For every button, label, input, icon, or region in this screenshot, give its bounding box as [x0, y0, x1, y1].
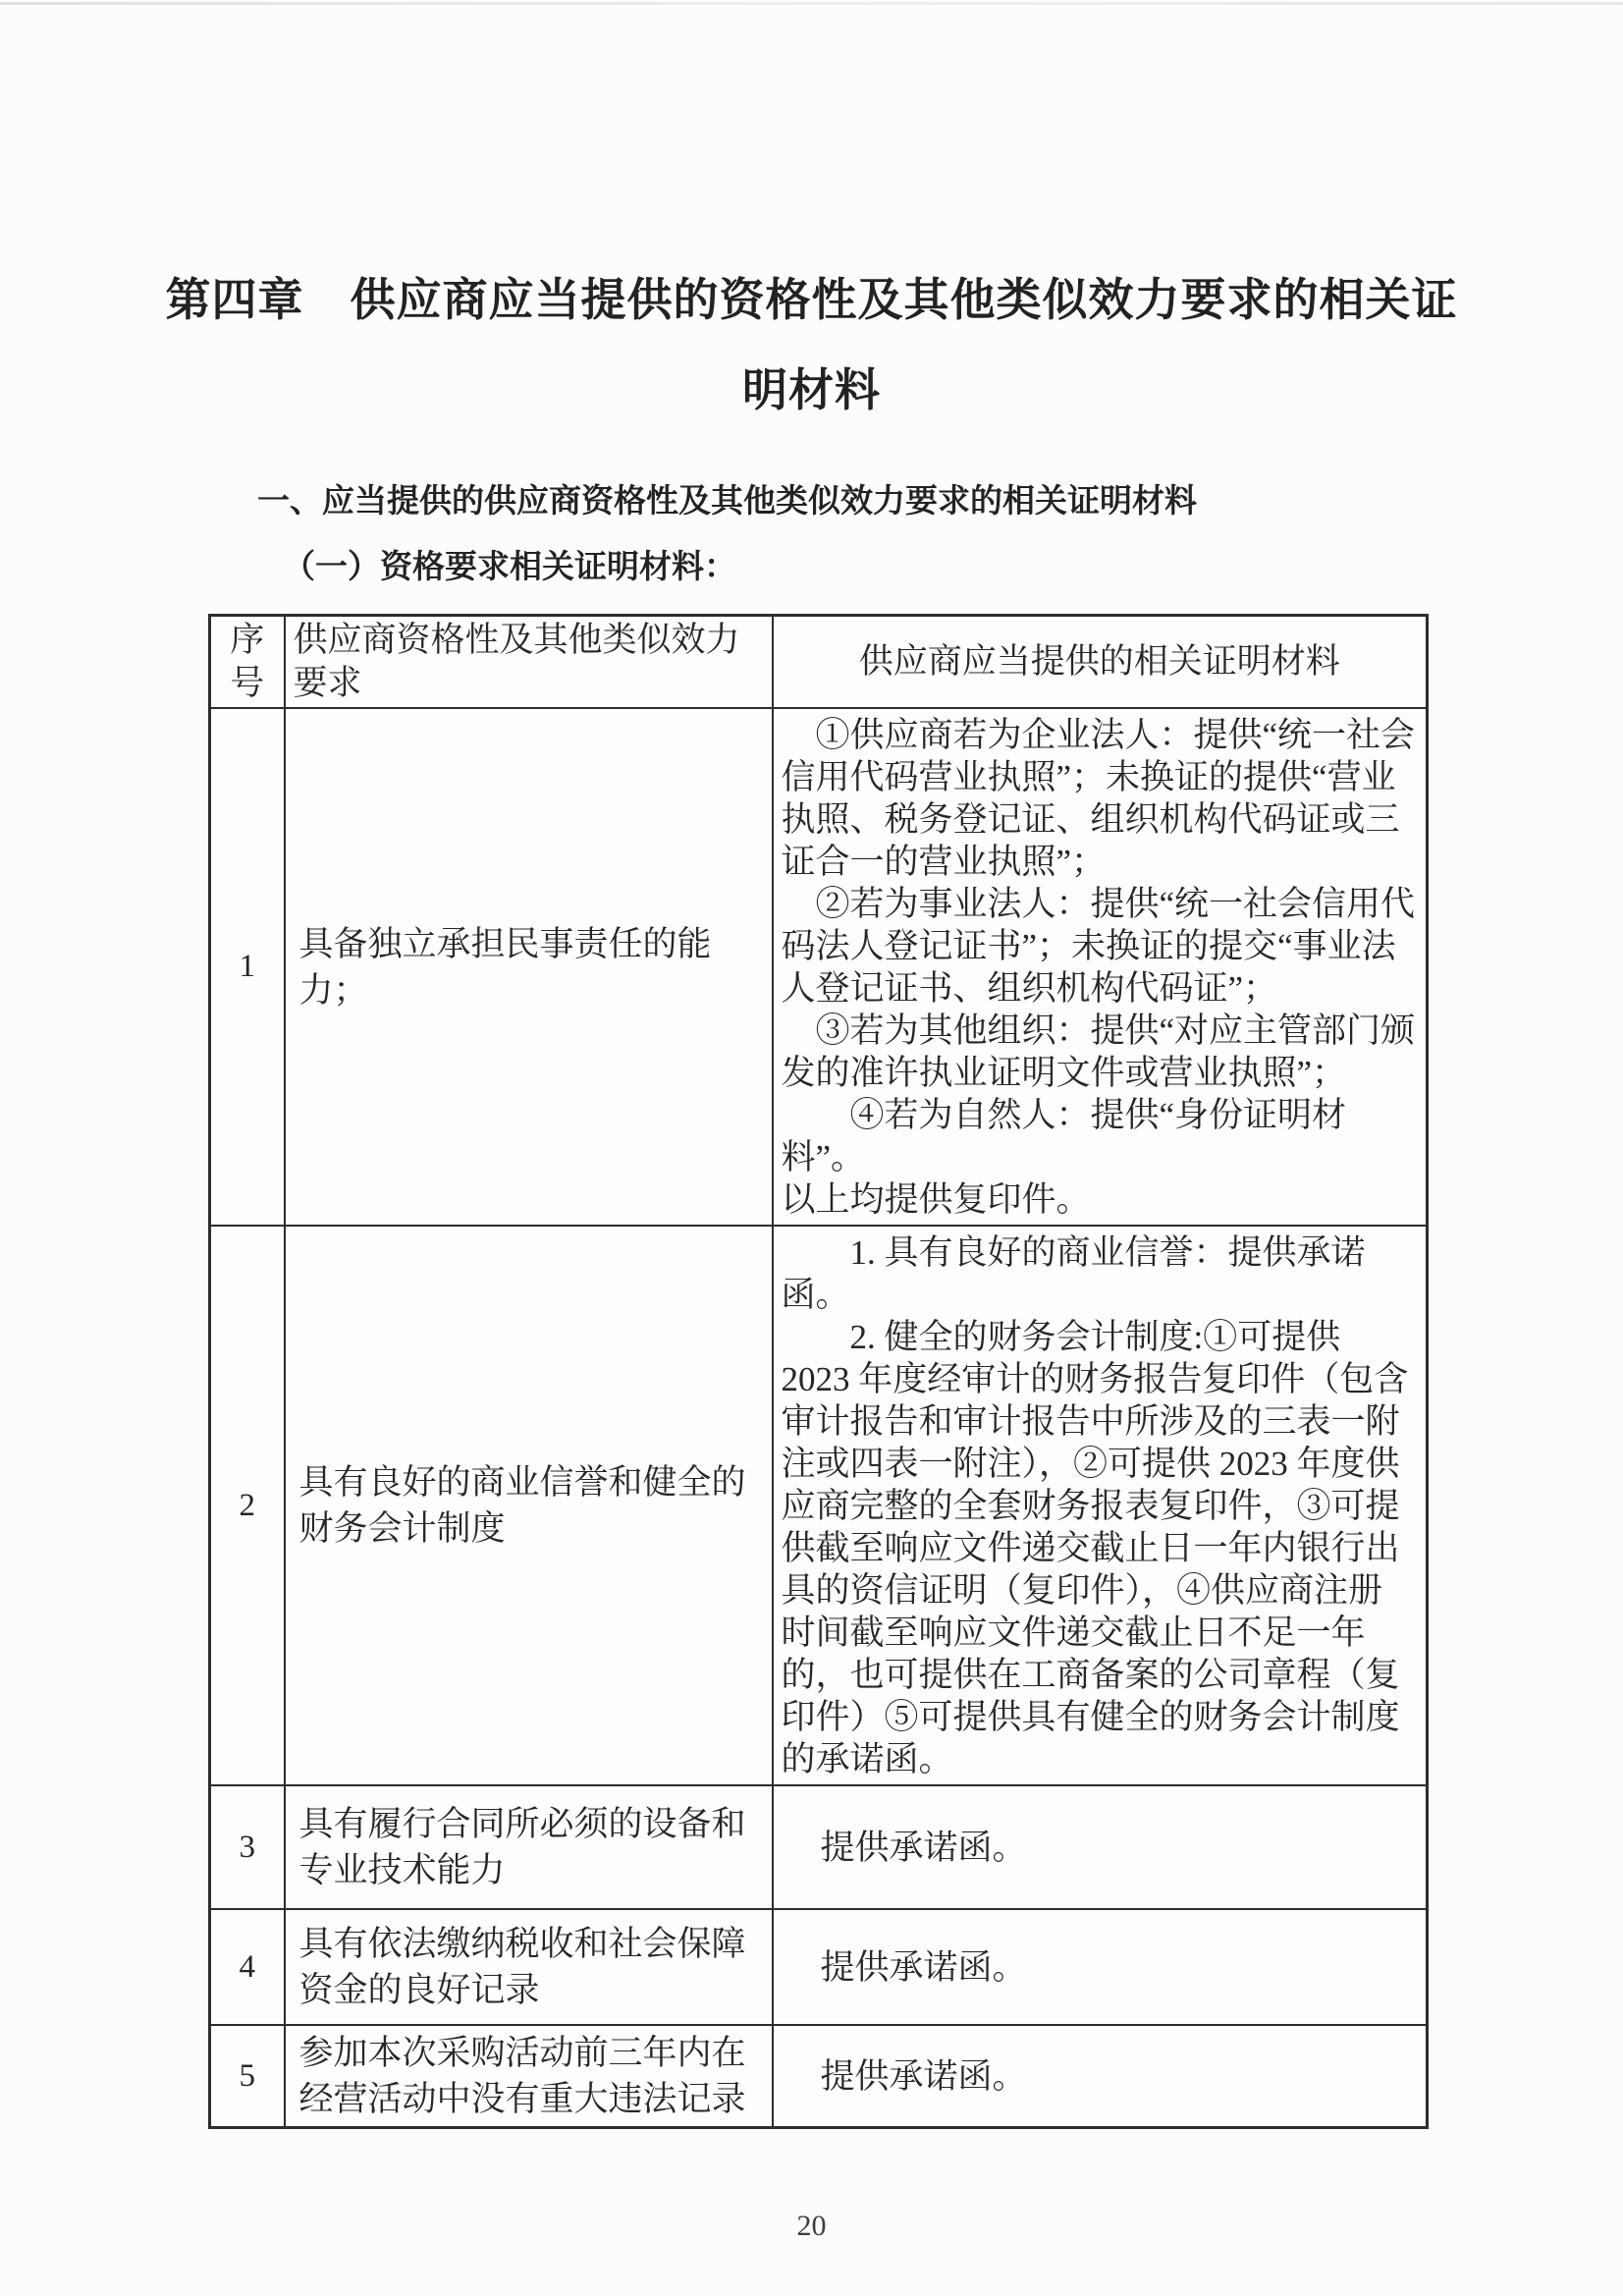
- table-header-row: 序号 供应商资格性及其他类似效力要求 供应商应当提供的相关证明材料: [210, 616, 1428, 709]
- row-serial-number: 2: [210, 1226, 285, 1785]
- row-requirement: 具有良好的商业信誉和健全的财务会计制度: [285, 1226, 773, 1785]
- row-materials: 提供承诺函。: [773, 2025, 1428, 2128]
- page-number: 20: [0, 2210, 1623, 2243]
- row-serial-number: 4: [210, 1909, 285, 2025]
- scan-artifact-top-edge: [0, 2, 1623, 5]
- row-serial-number: 1: [210, 708, 285, 1226]
- chapter-title: 第四章 供应商应当提供的资格性及其他类似效力要求的相关证 明材料: [0, 254, 1623, 435]
- table-row: 3 具有履行合同所必须的设备和专业技术能力 提供承诺函。: [210, 1785, 1428, 1909]
- row-requirement: 参加本次采购活动前三年内在经营活动中没有重大违法记录: [285, 2025, 773, 2128]
- document-page: 第四章 供应商应当提供的资格性及其他类似效力要求的相关证 明材料 一、应当提供的…: [0, 0, 1623, 2296]
- row-materials: 提供承诺函。: [773, 1785, 1428, 1909]
- row-requirement: 具备独立承担民事责任的能力；: [285, 708, 773, 1226]
- column-header-materials: 供应商应当提供的相关证明材料: [773, 616, 1428, 709]
- row-requirement: 具有依法缴纳税收和社会保障资金的良好记录: [285, 1909, 773, 2025]
- row-requirement: 具有履行合同所必须的设备和专业技术能力: [285, 1785, 773, 1909]
- table-row: 2 具有良好的商业信誉和健全的财务会计制度 1. 具有良好的商业信誉：提供承诺函…: [210, 1226, 1428, 1785]
- row-materials: 提供承诺函。: [773, 1909, 1428, 2025]
- column-header-requirement: 供应商资格性及其他类似效力要求: [285, 616, 773, 709]
- sub-heading-qualification-proof: （一）资格要求相关证明材料：: [283, 547, 736, 586]
- section-heading-qualification-materials: 一、应当提供的供应商资格性及其他类似效力要求的相关证明材料: [257, 481, 1197, 520]
- row-serial-number: 3: [210, 1785, 285, 1909]
- column-header-serial-number: 序号: [210, 616, 285, 709]
- table-row: 4 具有依法缴纳税收和社会保障资金的良好记录 提供承诺函。: [210, 1909, 1428, 2025]
- row-serial-number: 5: [210, 2025, 285, 2128]
- qualification-requirements-table: 序号 供应商资格性及其他类似效力要求 供应商应当提供的相关证明材料 1 具备独立…: [208, 614, 1429, 2129]
- row-materials: 1. 具有良好的商业信誉：提供承诺函。 2. 健全的财务会计制度:①可提供 20…: [773, 1226, 1428, 1785]
- table-row: 5 参加本次采购活动前三年内在经营活动中没有重大违法记录 提供承诺函。: [210, 2025, 1428, 2128]
- row-materials: ①供应商若为企业法人：提供“统一社会信用代码营业执照”；未换证的提供“营业执照、…: [773, 708, 1428, 1226]
- table-row: 1 具备独立承担民事责任的能力； ①供应商若为企业法人：提供“统一社会信用代码营…: [210, 708, 1428, 1226]
